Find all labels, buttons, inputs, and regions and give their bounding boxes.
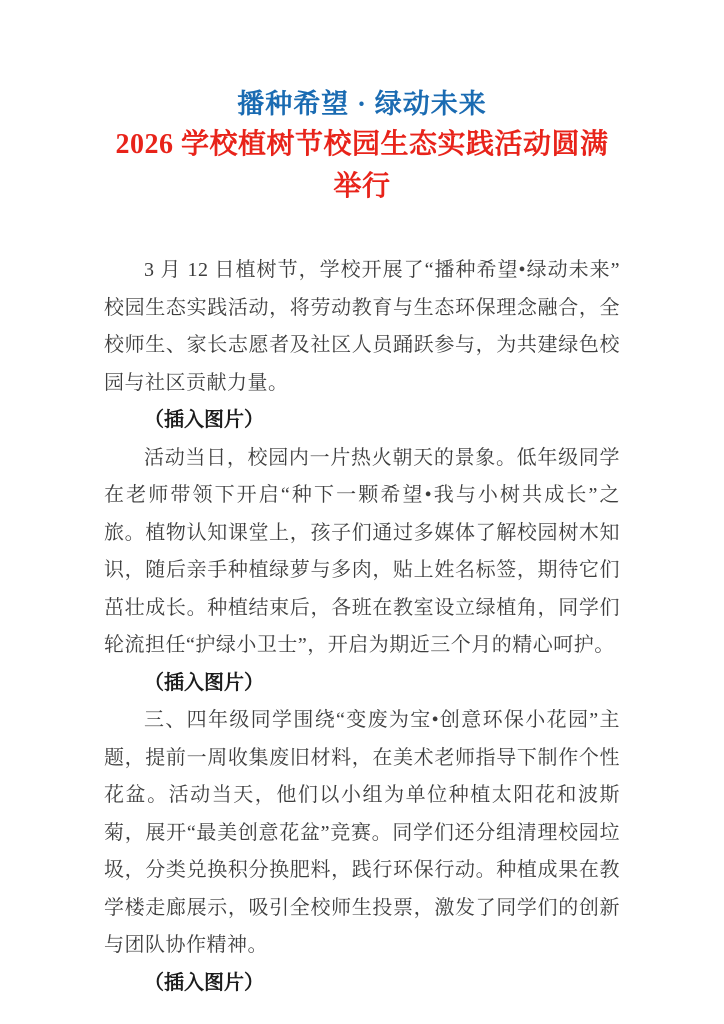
image-placeholder: （插入图片） (104, 665, 620, 703)
document-headline: 2026 学校植树节校园生态实践活动圆满举行 (104, 124, 620, 208)
document-subtitle: 播种希望 · 绿动未来 (104, 84, 620, 124)
paragraph: 活动当日，校园内一片热火朝天的景象。低年级同学在老师带领下开启“种下一颗希望•我… (104, 440, 620, 665)
document-body: 3 月 12 日植树节，学校开展了“播种希望•绿动未来”校园生态实践活动，将劳动… (104, 252, 620, 1002)
paragraph: 3 月 12 日植树节，学校开展了“播种希望•绿动未来”校园生态实践活动，将劳动… (104, 252, 620, 402)
paragraph: 三、四年级同学围绕“变废为宝•创意环保小花园”主题，提前一周收集废旧材料，在美术… (104, 702, 620, 965)
image-placeholder: （插入图片） (104, 965, 620, 1003)
document-page: 播种希望 · 绿动未来 2026 学校植树节校园生态实践活动圆满举行 3 月 1… (0, 0, 724, 1024)
image-placeholder: （插入图片） (104, 402, 620, 440)
